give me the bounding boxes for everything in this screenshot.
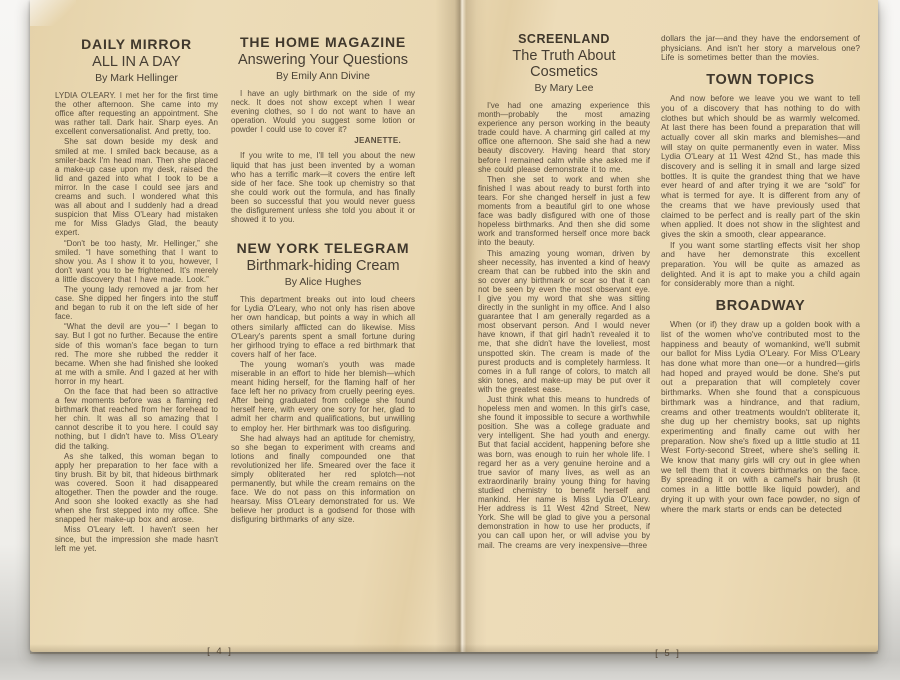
article-town-topics: TOWN TOPICS And now before we leave you … — [661, 72, 860, 289]
article-body: When (or if) they draw up a golden book … — [661, 320, 860, 514]
byline: By Mark Hellinger — [55, 72, 218, 84]
paragraph: As she talked, this woman began to apply… — [55, 452, 218, 525]
article-title: Answering Your Questions — [231, 52, 415, 68]
bottom-edge-shadow — [30, 644, 878, 654]
paragraph: The young woman's youth was made miserab… — [231, 360, 415, 433]
article-body: I've had one amazing experience this mon… — [478, 101, 650, 550]
article-screenland: SCREENLAND The Truth About Cosmetics By … — [478, 32, 650, 551]
screenland-continuation: dollars the jar—and they have the endors… — [661, 34, 860, 63]
paragraph: This department breaks out into loud che… — [231, 295, 415, 359]
page-curl-highlight — [30, 0, 76, 26]
paragraph: Then she set to work and when she finish… — [478, 175, 650, 248]
article-broadway: BROADWAY When (or if) they draw up a gol… — [661, 298, 860, 514]
article-title: ALL IN A DAY — [55, 54, 218, 70]
section-heading: BROADWAY — [661, 298, 860, 314]
paragraph: Miss O'Leary left. I haven't seen her si… — [55, 525, 218, 552]
publication-name: THE HOME MAGAZINE — [231, 34, 415, 50]
magazine-spread: DAILY MIRROR ALL IN A DAY By Mark Hellin… — [30, 0, 878, 652]
article-home-magazine: THE HOME MAGAZINE Answering Your Questio… — [231, 34, 415, 224]
paragraph: She sat down beside my desk and smiled a… — [55, 137, 218, 237]
page-number-left: [ 4 ] — [190, 646, 250, 657]
paragraph: And now before we leave you we want to t… — [661, 94, 860, 240]
paragraph: On the face that had been so attractive … — [55, 387, 218, 451]
paragraph: dollars the jar—and they have the endors… — [661, 34, 860, 63]
paragraph: When (or if) they draw up a golden book … — [661, 320, 860, 514]
paragraph: The young lady removed a jar from her ca… — [55, 285, 218, 321]
paragraph: “Don't be too hasty, Mr. Hellinger,” she… — [55, 239, 218, 284]
byline: By Mary Lee — [478, 82, 650, 94]
right-page-column-2: dollars the jar—and they have the endors… — [661, 34, 860, 515]
paragraph: Just think what this means to hundreds o… — [478, 395, 650, 550]
publication-name: DAILY MIRROR — [55, 36, 218, 52]
editor-answer: If you write to me, I'll tell you about … — [231, 151, 415, 224]
left-page-column-2: THE HOME MAGAZINE Answering Your Questio… — [231, 34, 415, 526]
paragraph: “What the devil are you—” I began to say… — [55, 322, 218, 386]
reader-question: I have an ugly birthmark on the side of … — [231, 89, 415, 134]
article-body: And now before we leave you we want to t… — [661, 94, 860, 289]
question-signature: JEANETTE. — [231, 136, 415, 145]
article-title: Birthmark-hiding Cream — [231, 258, 415, 274]
scanned-magazine-photo: { "left_page": { "page_number": "[ 4 ]",… — [0, 0, 900, 680]
article-title: The Truth About Cosmetics — [478, 48, 650, 80]
paragraph: If you want some startling effects visit… — [661, 241, 860, 290]
article-daily-mirror: DAILY MIRROR ALL IN A DAY By Mark Hellin… — [55, 36, 218, 554]
publication-name: NEW YORK TELEGRAM — [231, 240, 415, 256]
paragraph: LYDIA O'LEARY. I met her for the first t… — [55, 91, 218, 136]
publication-name: SCREENLAND — [478, 32, 650, 46]
section-heading: TOWN TOPICS — [661, 72, 860, 88]
byline: By Alice Hughes — [231, 276, 415, 288]
paragraph: She had always had an aptitude for chemi… — [231, 434, 415, 525]
paragraph: I've had one amazing experience this mon… — [478, 101, 650, 174]
article-ny-telegram: NEW YORK TELEGRAM Birthmark-hiding Cream… — [231, 240, 415, 524]
page-number-right: [ 5 ] — [638, 648, 698, 659]
paragraph: This amazing young woman, driven by shee… — [478, 249, 650, 395]
article-body: I have an ugly birthmark on the side of … — [231, 89, 415, 224]
article-body: This department breaks out into loud che… — [231, 295, 415, 524]
byline: By Emily Ann Divine — [231, 70, 415, 82]
article-body: LYDIA O'LEARY. I met her for the first t… — [55, 91, 218, 553]
